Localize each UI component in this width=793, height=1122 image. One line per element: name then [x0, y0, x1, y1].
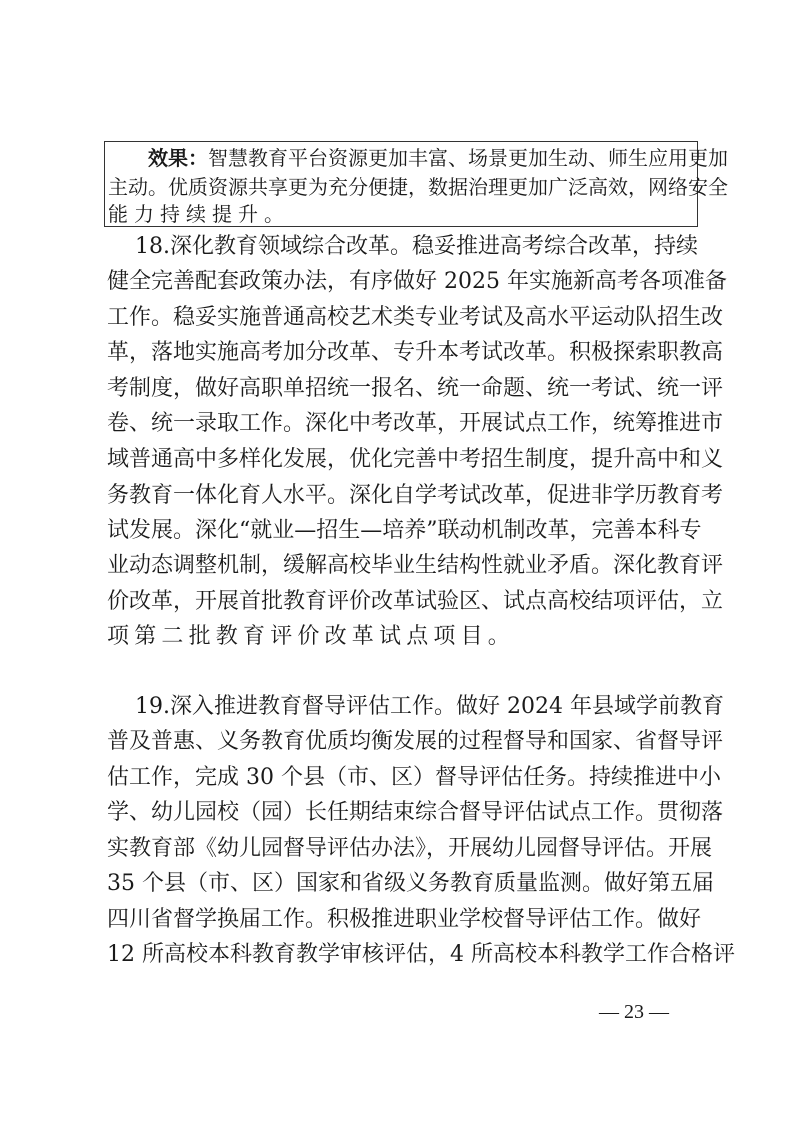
- paragraph-line: 价改革，开展首批教育评价改革试验区、试点高校结项评估，立: [107, 587, 692, 617]
- paragraph-line: 普及普惠、义务教育优质均衡发展的过程督导和国家、省督导评: [107, 727, 692, 757]
- effect-line-1: 效果：智慧教育平台资源更加丰富、场景更加生动、师生应用更加: [148, 143, 691, 173]
- paragraph-line: 12 所高校本科教育教学审核评估，4 所高校本科教学工作合格评: [107, 940, 692, 970]
- paragraph-line: 工作。稳妥实施普通高校艺术类专业考试及高水平运动队招生改: [107, 303, 692, 333]
- paragraph-line: 19.深入推进教育督导评估工作。做好 2024 年县域学前教育: [135, 692, 692, 722]
- page-number: — 23 —: [588, 998, 680, 1026]
- paragraph-line: 试发展。深化“就业—招生—培养”联动机制改革，完善本科专: [107, 516, 692, 546]
- paragraph-line: 估工作，完成 30 个县（市、区）督导评估任务。持续推进中小: [107, 763, 692, 793]
- paragraph-line: 四川省督学换届工作。积极推进职业学校督导评估工作。做好: [107, 905, 692, 935]
- effect-text: 智慧教育平台资源更加丰富、场景更加生动、师生应用更加: [208, 146, 728, 170]
- paragraph-line: 学、幼儿园校（园）长任期结束综合督导评估试点工作。贯彻落: [107, 798, 692, 828]
- document-page: 效果：智慧教育平台资源更加丰富、场景更加生动、师生应用更加 主动。优质资源共享更…: [0, 0, 793, 1122]
- paragraph-line: 务教育一体化育人水平。深化自学考试改革，促进非学历教育考: [107, 481, 692, 511]
- paragraph-line: 35 个县（市、区）国家和省级义务教育质量监测。做好第五届: [107, 869, 692, 899]
- effect-label: 效果：: [148, 146, 208, 170]
- paragraph-line: 项第二批教育评价改革试点项目。: [107, 622, 692, 652]
- paragraph-line: 革，落地实施高考加分改革、专升本考试改革。积极探索职教高: [107, 338, 692, 368]
- effect-line-3: 能力持续提升。: [108, 199, 691, 229]
- paragraph-line: 域普通高中多样化发展，优化完善中考招生制度，提升高中和义: [107, 445, 692, 475]
- paragraph-line: 业动态调整机制，缓解高校毕业生结构性就业矛盾。深化教育评: [107, 551, 692, 581]
- paragraph-line: 健全完善配套政策办法，有序做好 2025 年实施新高考各项准备: [107, 267, 692, 297]
- paragraph-line: 卷、统一录取工作。深化中考改革，开展试点工作，统筹推进市: [107, 409, 692, 439]
- effect-line-2: 主动。优质资源共享更为充分便捷，数据治理更加广泛高效，网络安全: [108, 172, 691, 202]
- paragraph-line: 18.深化教育领域综合改革。稳妥推进高考综合改革，持续: [135, 232, 692, 262]
- paragraph-line: 实教育部《幼儿园督导评估办法》，开展幼儿园督导评估。开展: [107, 834, 692, 864]
- paragraph-line: 考制度，做好高职单招统一报名、统一命题、统一考试、统一评: [107, 374, 692, 404]
